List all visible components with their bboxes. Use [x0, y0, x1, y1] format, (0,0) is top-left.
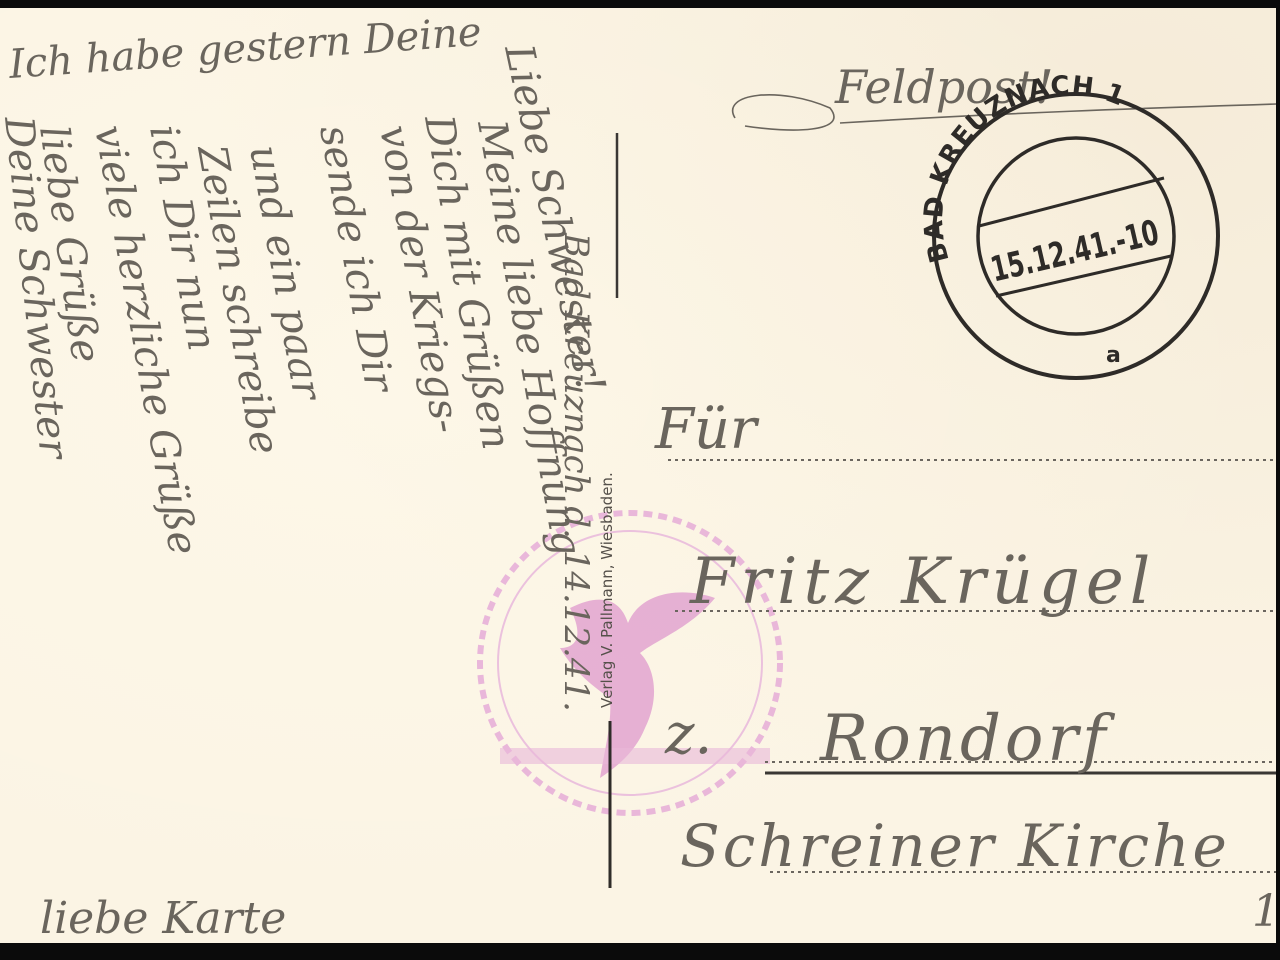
address-lines — [668, 460, 1276, 872]
message-line: liebe Karte — [40, 893, 286, 943]
message-line: Ich habe gestern Deine — [6, 9, 482, 88]
address-street: Schreiner Kirche — [680, 812, 1230, 880]
address-house-number: 1 — [1252, 886, 1276, 937]
publisher-imprint: Verlag V. Pallmann, Wiesbaden. — [598, 472, 616, 708]
postmark: BAD KREUZNACH 1 15.12.41.-10 a — [919, 71, 1218, 378]
address-salutation: Für — [654, 397, 760, 462]
address-block: Für Fritz Krügel z. Rondorf Schreiner Ki… — [654, 397, 1276, 937]
address-name: Fritz Krügel — [689, 545, 1156, 619]
address-town: Rondorf — [819, 702, 1116, 776]
address-town-prefix: z. — [664, 702, 712, 767]
message-body: Liebe Schwester! Meine liebe Hoffnung Di… — [0, 9, 614, 943]
postmark-sub-letter: a — [1106, 343, 1121, 368]
postcard: Verlag V. Pallmann, Wiesbaden. Bad Kreuz… — [0, 8, 1276, 943]
postcard-canvas: Verlag V. Pallmann, Wiesbaden. Bad Kreuz… — [0, 8, 1276, 943]
